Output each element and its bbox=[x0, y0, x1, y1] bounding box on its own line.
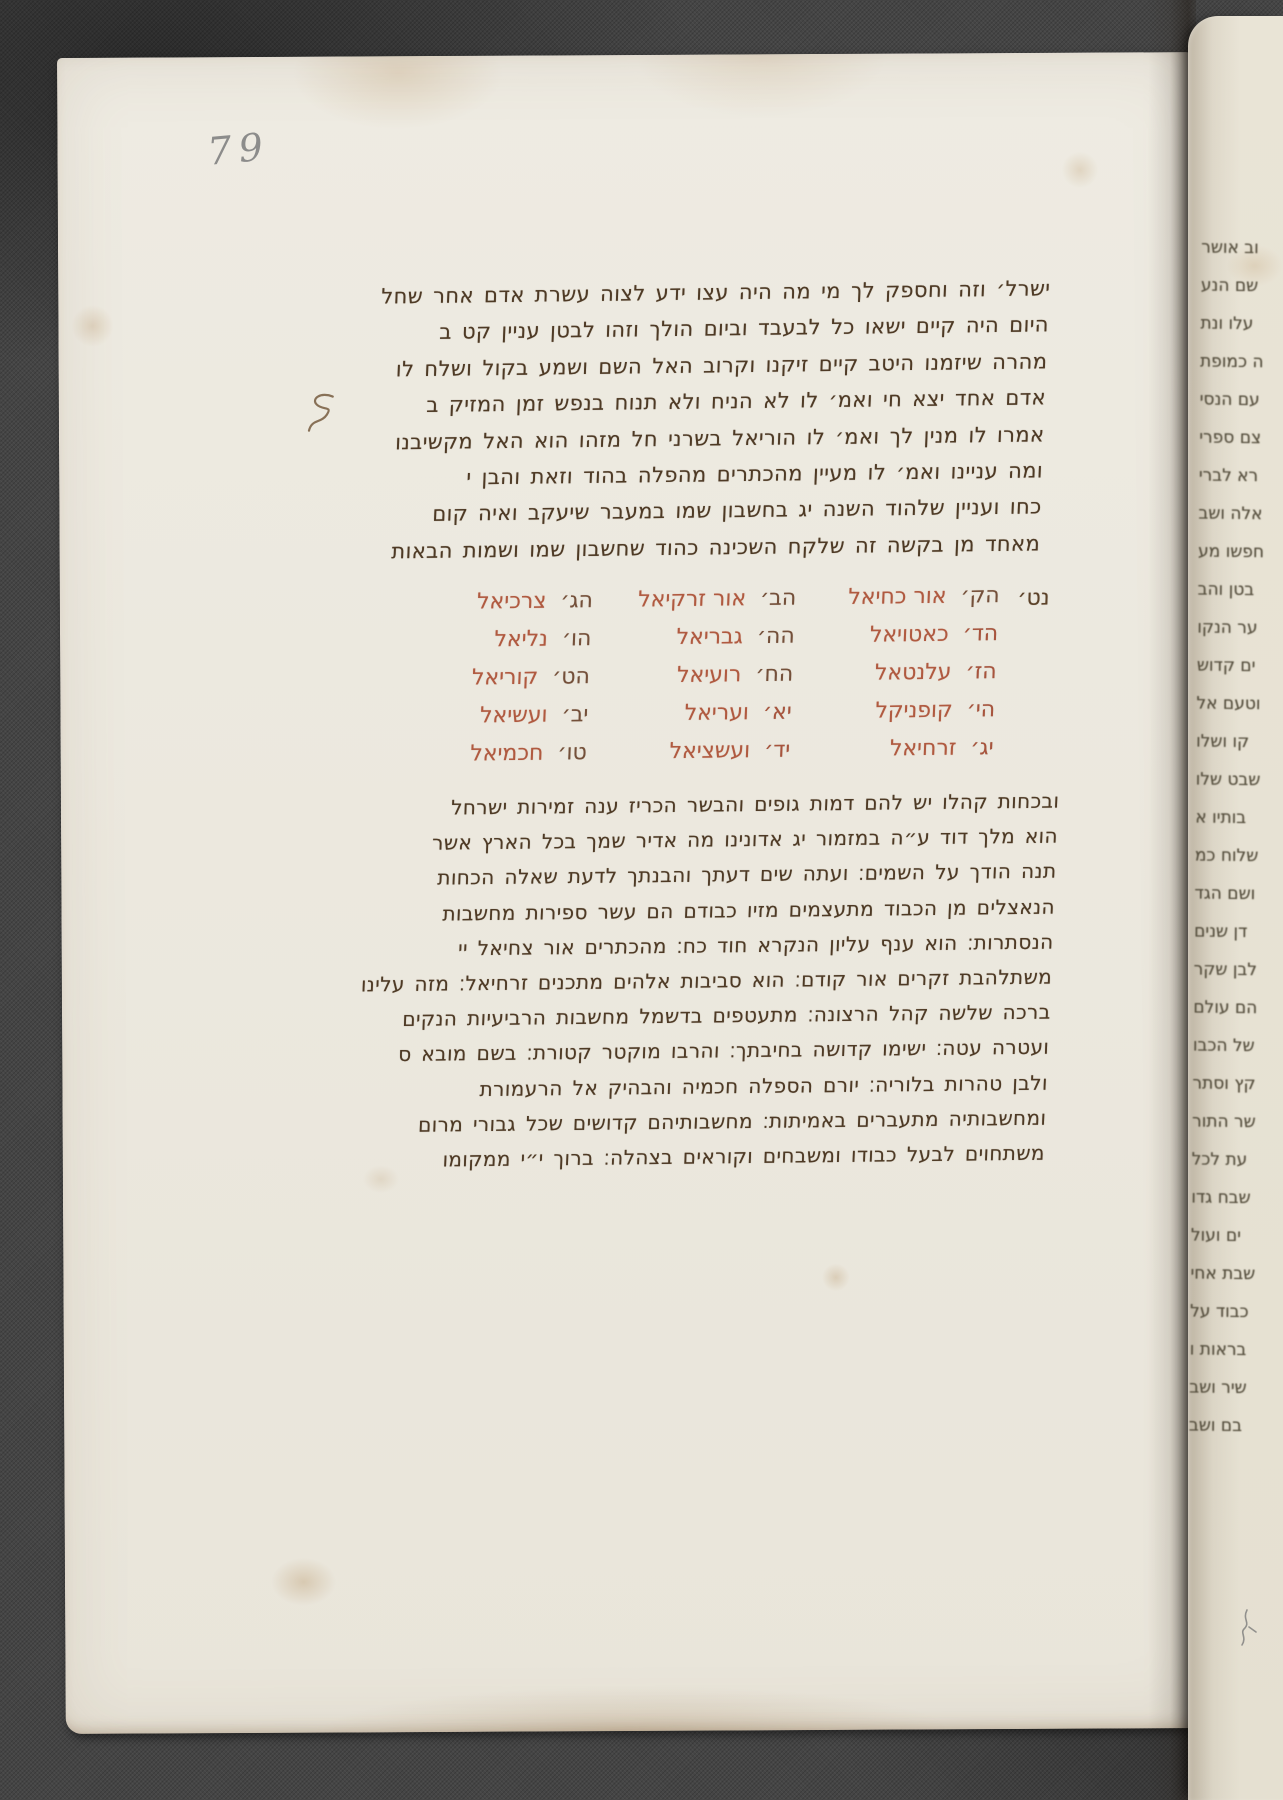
entry-numeral: הט׳ bbox=[552, 664, 591, 689]
angel-name: רועיאל bbox=[676, 662, 741, 688]
table-cell: הט׳קוריאל bbox=[386, 664, 590, 691]
entry-numeral: טו׳ bbox=[557, 740, 587, 765]
table-cell: הק׳אור כחיאל bbox=[796, 583, 1000, 610]
table-row: יג׳זרחיאל יד׳ועשציאל טו׳חכמיאל bbox=[382, 735, 994, 780]
text-fragment: דן שנים bbox=[1194, 922, 1282, 961]
entry-numeral: יג׳ bbox=[970, 735, 994, 760]
text-fragment: צם ספרי bbox=[1199, 428, 1283, 467]
text-fragment: עלו ונת bbox=[1200, 314, 1283, 353]
text-fragment: וטעם אל bbox=[1196, 694, 1283, 733]
entry-numeral: הח׳ bbox=[755, 662, 794, 687]
text-line: מאחד מן בקשה זה שלקח השכינה כהוד שחשבון … bbox=[339, 531, 1041, 576]
entry-numeral: הו׳ bbox=[561, 626, 592, 651]
text-fragment: בטן והב bbox=[1197, 580, 1283, 619]
upper-text-block: ישרל׳ וזה וחספק לך מי מה היה עצו ידע לצו… bbox=[339, 276, 1051, 576]
text-fragment: וב אושר bbox=[1201, 238, 1283, 277]
entry-numeral: הה׳ bbox=[756, 624, 795, 649]
adjacent-page-text: וב אושר שם הנע עלו ונת ה כמופת עם הנסי צ… bbox=[1189, 238, 1283, 1455]
text-fragment: שם הנע bbox=[1201, 276, 1283, 315]
text-fragment: חפשו מע bbox=[1198, 542, 1283, 581]
text-fragment: ה כמופת bbox=[1200, 352, 1283, 391]
angel-name: זרחיאל bbox=[889, 736, 957, 762]
folio-number: 79 bbox=[206, 124, 272, 174]
text-fragment: של הכבו bbox=[1193, 1036, 1281, 1075]
text-fragment: עם הנסי bbox=[1199, 390, 1283, 429]
text-fragment: בותיו א bbox=[1195, 808, 1283, 847]
entry-numeral: יב׳ bbox=[561, 702, 589, 727]
angel-name: כאטויאל bbox=[869, 622, 949, 648]
text-fragment: ושם הגד bbox=[1194, 884, 1282, 923]
text-fragment: קו ושלו bbox=[1196, 732, 1283, 771]
table-cell: יד׳ועשציאל bbox=[586, 738, 790, 765]
text-fragment: בראות ו bbox=[1189, 1340, 1277, 1379]
text-fragment: הם עולם bbox=[1193, 998, 1281, 1037]
entry-numeral: הז׳ bbox=[965, 659, 997, 684]
angel-names-table: נט׳ הק׳אור כחיאל הב׳אור זרקיאל הג׳צרכיאל… bbox=[382, 583, 1050, 781]
entry-numeral: הב׳ bbox=[760, 586, 797, 611]
angel-name: צרכיאל bbox=[477, 589, 547, 615]
table-cell: הד׳כאטויאל bbox=[794, 621, 998, 648]
photo-of-manuscript: { "page": { "folio_number": "79", "text_… bbox=[0, 0, 1283, 1800]
manuscript-page: 79 ישרל׳ וזה וחספק לך מי מה היה עצו ידע … bbox=[57, 52, 1202, 1734]
text-fragment: שבת אחי bbox=[1190, 1264, 1278, 1303]
entry-numeral: יד׳ bbox=[764, 738, 791, 763]
text-fragment: שר התור bbox=[1192, 1112, 1280, 1151]
text-fragment: ים ועול bbox=[1191, 1226, 1279, 1265]
text-fragment: בם ושב bbox=[1189, 1416, 1277, 1455]
text-fragment: שבט שלו bbox=[1195, 770, 1283, 809]
entry-numeral: יא׳ bbox=[762, 700, 792, 725]
quill-flourish-icon bbox=[303, 391, 337, 437]
marginal-flourish-mark bbox=[303, 391, 337, 441]
angel-name: נליאל bbox=[494, 627, 548, 653]
entry-numeral: הד׳ bbox=[962, 621, 999, 646]
angel-name: ועריאל bbox=[684, 700, 749, 726]
lower-text-block: ובכחות קהלו יש להם דמות גופים והבשר הכרי… bbox=[332, 789, 1060, 1184]
table-cell: הג׳צרכיאל bbox=[389, 588, 593, 615]
text-fragment: עת לכל bbox=[1191, 1150, 1279, 1189]
table-lead-numeral: נט׳ bbox=[1017, 586, 1050, 611]
table-cell: יג׳זרחיאל bbox=[790, 735, 994, 762]
text-fragment: אלה ושב bbox=[1198, 504, 1283, 543]
table-cell: הב׳אור זרקיאל bbox=[592, 586, 796, 613]
entry-numeral: הק׳ bbox=[960, 583, 1000, 608]
entry-numeral: הי׳ bbox=[966, 697, 995, 722]
angel-name: ועשציאל bbox=[669, 738, 751, 764]
table-cell: יא׳ועריאל bbox=[588, 700, 792, 727]
table-cell: הח׳רועיאל bbox=[589, 662, 793, 689]
text-fragment: שיר ושב bbox=[1189, 1378, 1277, 1417]
text-fragment: קץ וסתר bbox=[1192, 1074, 1280, 1113]
pencil-scribble-icon bbox=[1232, 1606, 1260, 1650]
angel-name: קופניקל bbox=[875, 698, 953, 724]
adjacent-page-edge: וב אושר שם הנע עלו ונת ה כמופת עם הנסי צ… bbox=[1188, 16, 1283, 1800]
angel-name: ועשיאל bbox=[480, 703, 549, 729]
angel-name: אור זרקיאל bbox=[638, 586, 747, 612]
pencil-scribble-mark bbox=[1232, 1606, 1260, 1654]
angel-name: קוריאל bbox=[471, 665, 538, 691]
table-cell: יב׳ועשיאל bbox=[384, 702, 588, 729]
table-cell: טו׳חכמיאל bbox=[383, 740, 587, 767]
angel-name: גבריאל bbox=[676, 624, 743, 650]
text-fragment: כבוד על bbox=[1190, 1302, 1278, 1341]
text-fragment: ער הנקו bbox=[1197, 618, 1283, 657]
table-cell: הז׳עלנטאל bbox=[793, 659, 997, 686]
table-cell: הה׳גבריאל bbox=[591, 624, 795, 651]
angel-name: אור כחיאל bbox=[848, 584, 947, 610]
angel-name: חכמיאל bbox=[470, 741, 544, 767]
text-fragment: שבח גדו bbox=[1191, 1188, 1279, 1227]
text-line: משתחוים לבעל כבודו ומשבחים וקוראים בצהלה… bbox=[332, 1141, 1046, 1184]
text-fragment: רא לברי bbox=[1199, 466, 1283, 505]
text-fragment: ים קדוש bbox=[1197, 656, 1283, 695]
table-cell: הו׳נליאל bbox=[388, 626, 592, 653]
text-fragment: שלוח כמ bbox=[1195, 846, 1283, 885]
angel-name: עלנטאל bbox=[874, 660, 952, 686]
table-cell: הי׳קופניקל bbox=[791, 697, 995, 724]
entry-numeral: הג׳ bbox=[560, 588, 594, 613]
text-fragment: לבן שקר bbox=[1193, 960, 1281, 999]
